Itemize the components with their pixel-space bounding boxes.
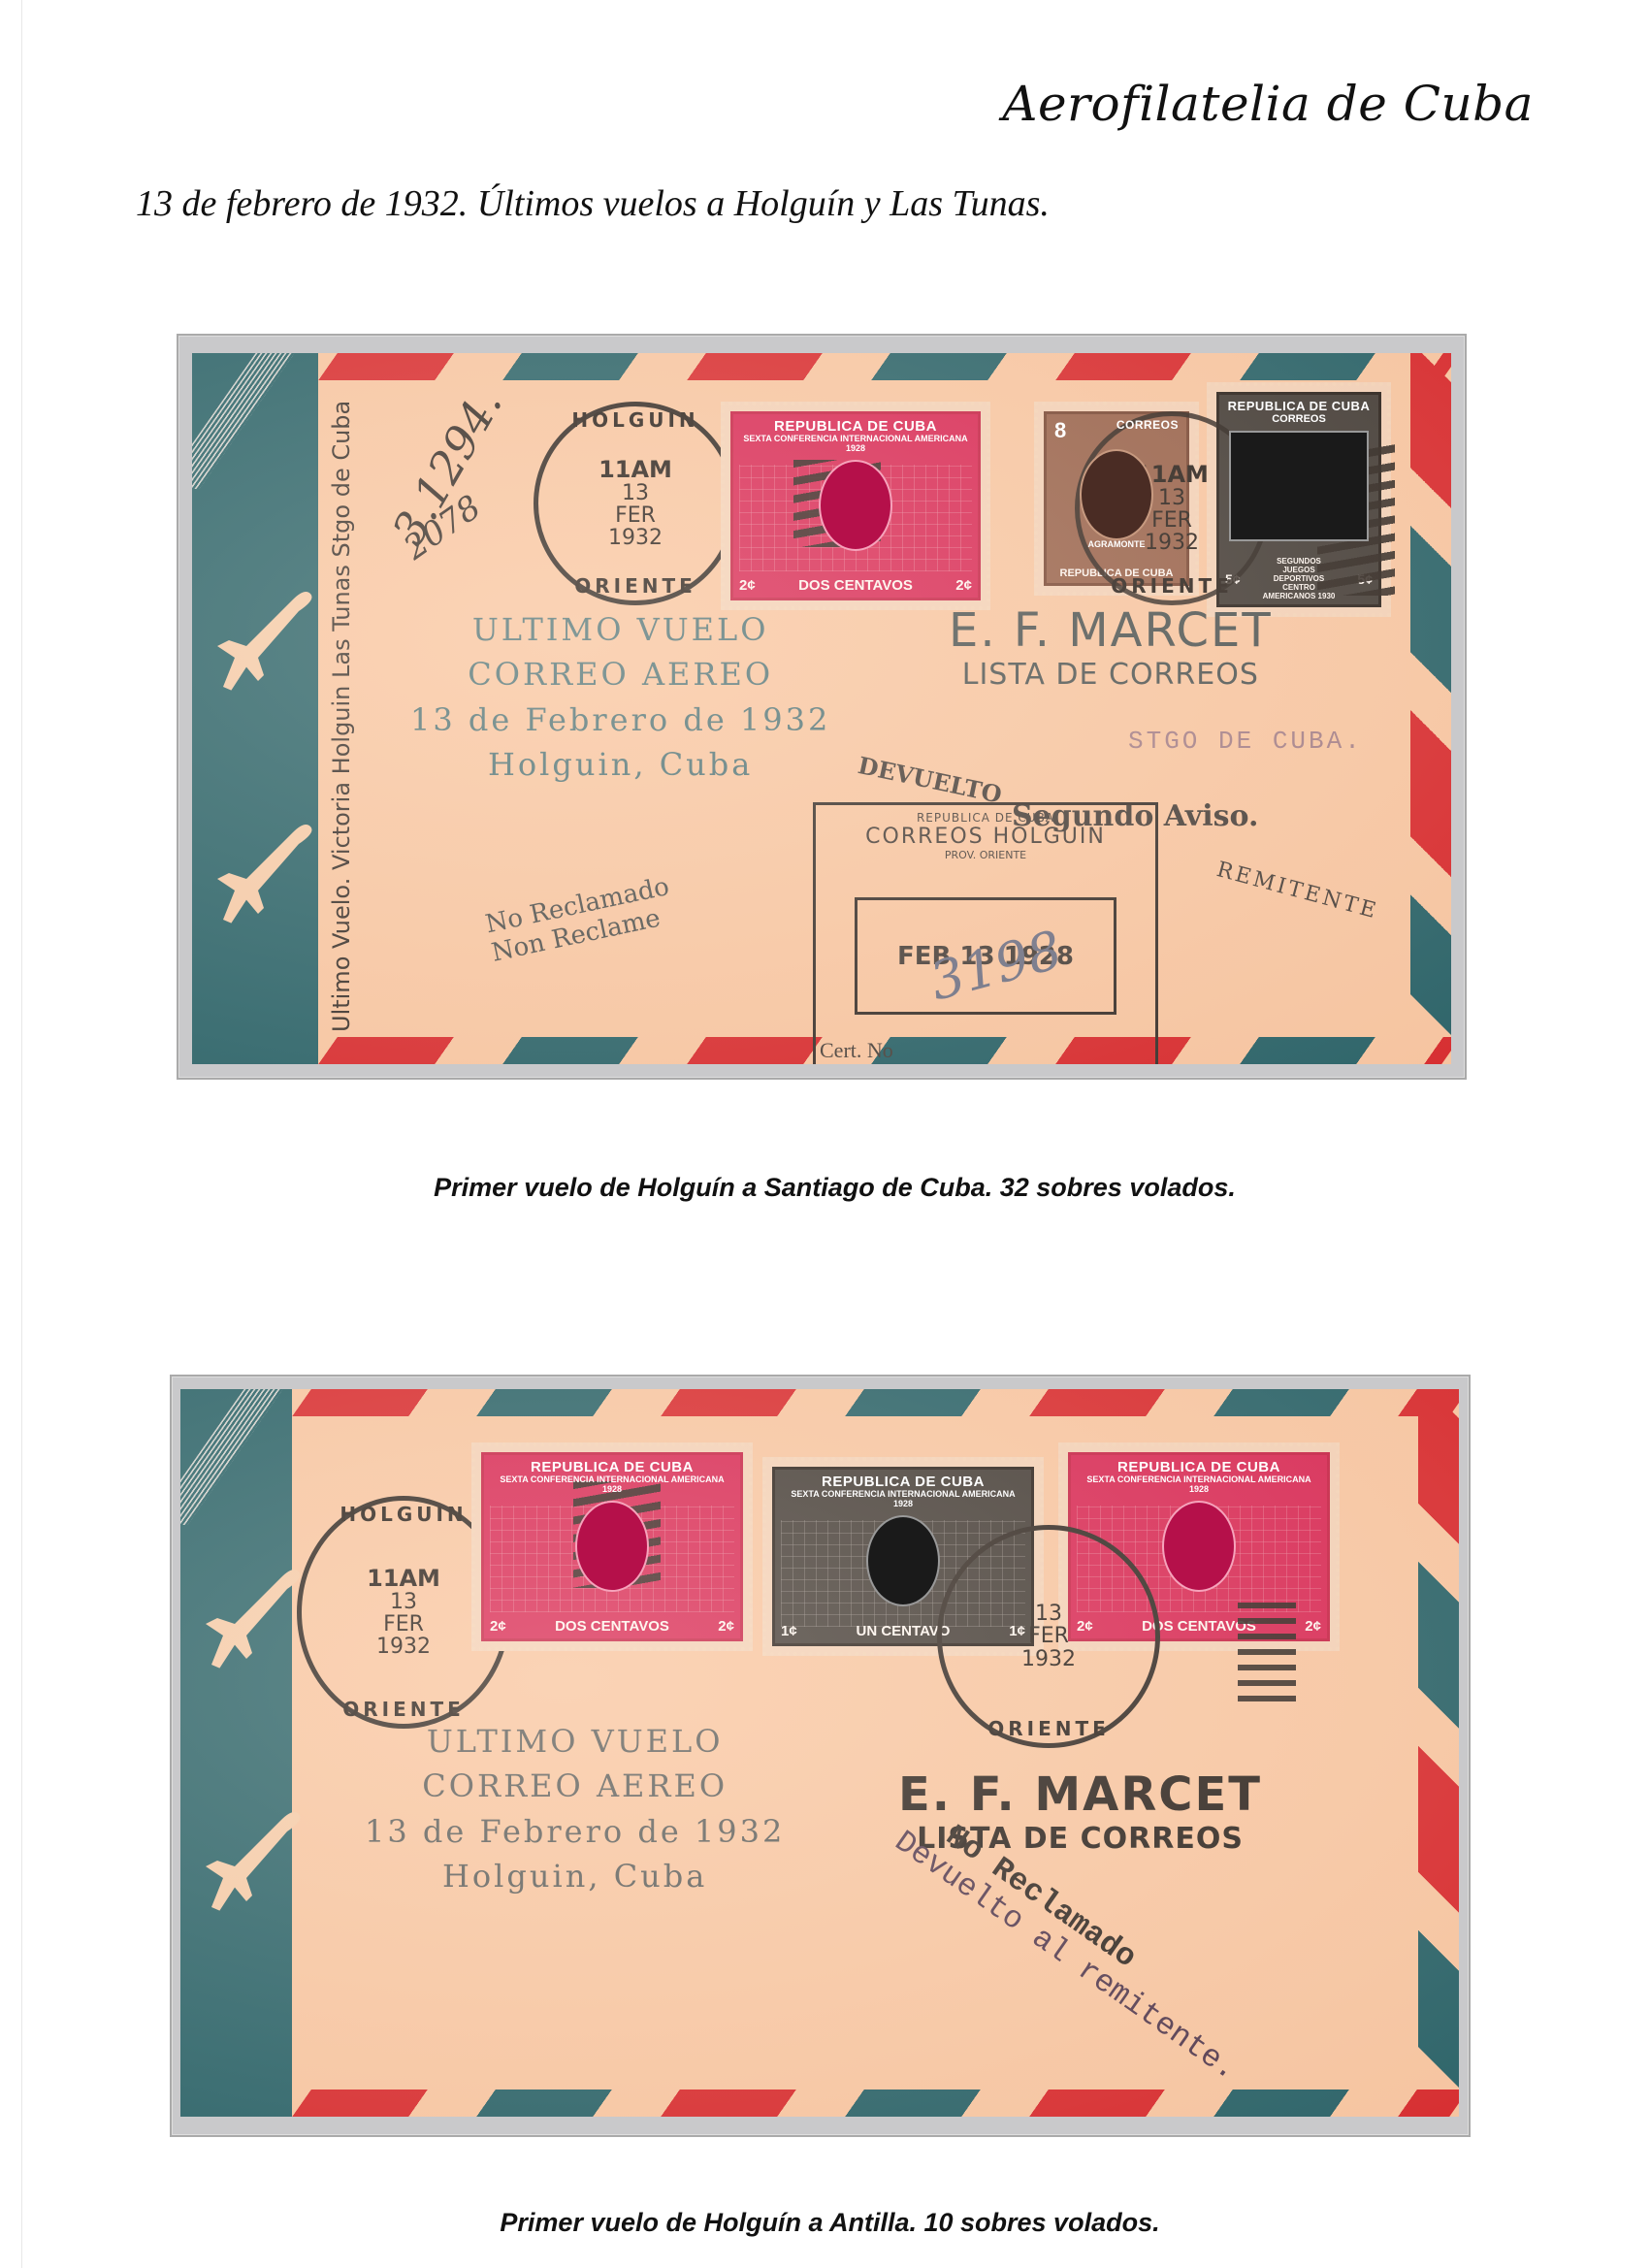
last-flight-cachet: ULTIMO VUELO CORREO AEREO 13 de Febrero … xyxy=(365,1719,785,1899)
cancellation-bars xyxy=(1238,1603,1296,1709)
cover-1-caption: Primer vuelo de Holguín a Santiago de Cu… xyxy=(19,1173,1650,1203)
registry-box: REPUBLICA DE CUBA CORREOS HOLGUIN PROV. … xyxy=(813,802,1158,1064)
page-title: Aerofilatelia de Cuba xyxy=(1002,76,1534,132)
stamp-portrait xyxy=(1162,1501,1236,1592)
devuelto-marking: DEVUELTO xyxy=(856,751,1004,809)
airmail-border-right xyxy=(1418,1389,1459,2088)
airplane-icon xyxy=(206,576,322,693)
addressee-block: E. F. MARCET LISTA DE CORREOS xyxy=(949,603,1273,692)
stamp-portrait xyxy=(1080,449,1153,540)
decorative-stripes xyxy=(180,1389,290,1525)
airmail-border-top xyxy=(292,1389,1459,1416)
airmail-left-band xyxy=(180,1389,292,2117)
no-reclamado-marking: No Reclamado Non Reclame xyxy=(483,872,678,968)
page-subtitle: 13 de febrero de 1932. Últimos vuelos a … xyxy=(136,182,1050,225)
postage-stamp-2c: REPUBLICA DE CUBA SEXTA CONFERENCIA INTE… xyxy=(721,402,990,610)
postmark: HOLGUIN 11AM 13 FER 1932 ORIENTE xyxy=(534,402,737,605)
airmail-left-band xyxy=(192,353,318,1064)
postage-stamp-2c: REPUBLICA DE CUBA SEXTA CONFERENCIA INTE… xyxy=(471,1442,753,1651)
vertical-route-text: Ultimo Vuelo. Victoria Holguin Las Tunas… xyxy=(328,401,355,1032)
last-flight-cachet: ULTIMO VUELO CORREO AEREO 13 de Febrero … xyxy=(410,607,830,788)
stamp-portrait xyxy=(866,1515,940,1606)
airplane-icon xyxy=(206,809,322,925)
addressee-city: STGO DE CUBA. xyxy=(1128,727,1363,756)
cover-1-envelope: Ultimo Vuelo. Victoria Holguin Las Tunas… xyxy=(192,353,1451,1064)
decorative-stripes xyxy=(192,353,302,489)
airplane-icon xyxy=(194,1554,310,1670)
cover-2-envelope: HOLGUIN 11AM 13 FER 1932 ORIENTE REPUBLI… xyxy=(180,1389,1459,2117)
airplane-icon xyxy=(194,1797,310,1913)
airmail-border-bottom xyxy=(292,2090,1459,2117)
stamp-portrait xyxy=(819,460,892,551)
postmark: 13 FER 1932 ORIENTE xyxy=(937,1525,1160,1748)
airmail-border-right xyxy=(1410,353,1451,1035)
stamp-athlete-image xyxy=(1229,431,1369,541)
airmail-border-top xyxy=(318,353,1451,380)
stamp-portrait xyxy=(575,1501,649,1592)
remitente-marking: REMITENTE xyxy=(1214,858,1381,924)
cover-2-caption: Primer vuelo de Holguín a Antilla. 10 so… xyxy=(10,2208,1650,2238)
